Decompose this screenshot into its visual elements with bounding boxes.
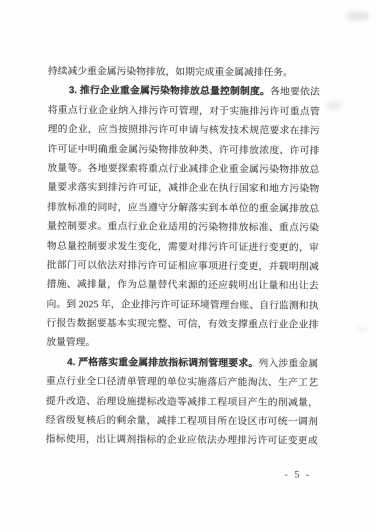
text-line: 经省级复核后的剩余量，减排工程项目所在设区市可统一调剂 [46,411,318,432]
text-line: 措施、减排量，作为总量替代来源的还应载明出让量和出让去 [47,275,319,296]
text-line: 重点行业全口径清单管理的单位实施落后产能淘汰、生产工艺 [46,372,318,393]
text-line: 量要求落实到排污许可证，减排企业在执行国家和地方污染物 [47,178,319,199]
page-number: - 5 - [284,469,311,480]
text-line: 将重点行业企业纳入排污许可管理，对于实施排污许可重点管 [48,101,320,122]
text-line: 3. 推行企业重金属污染物排放总量控制制度。各地要依法 [48,81,320,102]
section-heading: 3. 推行企业重金属污染物排放总量控制制度。 [69,86,270,98]
text-line: 放量等。各地要探索将重点行业减排企业重金属污染物排放总 [47,159,319,180]
page-content: 持续减少重金属污染物排放，如期完成重金属减排任务。3. 推行企业重金属污染物排放… [0,0,376,532]
text-line: 理的企业，应当按照排污许可申请与核发技术规范要求在排污 [48,120,320,141]
text-line: 许可证中明确重金属污染物排放种类、许可排放浓度、许可排 [47,140,319,161]
scanned-document-page: 持续减少重金属污染物排放，如期完成重金属减排任务。3. 推行企业重金属污染物排放… [0,0,376,532]
text-line: 行报告数据要基本实现完整、可信，有效支撑重点行业企业排 [46,314,318,335]
text-line: 排放标准的同时，应当遵守分解落实到本单位的重金属排放总 [47,198,319,219]
text-line: 向。到 2025 年，企业排污许可证环境管理台账、自行监测和执 [46,295,318,316]
text-line: 4. 严格落实重金属排放指标调剂管理要求。列入涉重金属 [46,353,318,374]
text-line: 提升改造、治理设施提标改造等减排工程项目产生的削减量， [46,392,318,413]
text-line: 物总量控制要求发生变化，需要对排污许可证进行变更的，审 [47,237,319,258]
text-line: 指标使用，出让调剂指标的企业应依法办理排污许可证变更或 [46,430,318,451]
text-line: 放量管理。 [46,333,318,354]
text-line: 持续减少重金属污染物排放，如期完成重金属减排任务。 [48,62,320,83]
body-text: 持续减少重金属污染物排放，如期完成重金属减排任务。3. 推行企业重金属污染物排放… [46,62,320,451]
text-line: 量控制要求。重点行业企业适用的污染物排放标准、重点污染 [47,217,319,238]
section-heading: 4. 严格落实重金属排放指标调剂管理要求。 [67,357,258,369]
text-line: 批部门可以依法对排污许可证相应事项进行变更，并载明削减 [47,256,319,277]
